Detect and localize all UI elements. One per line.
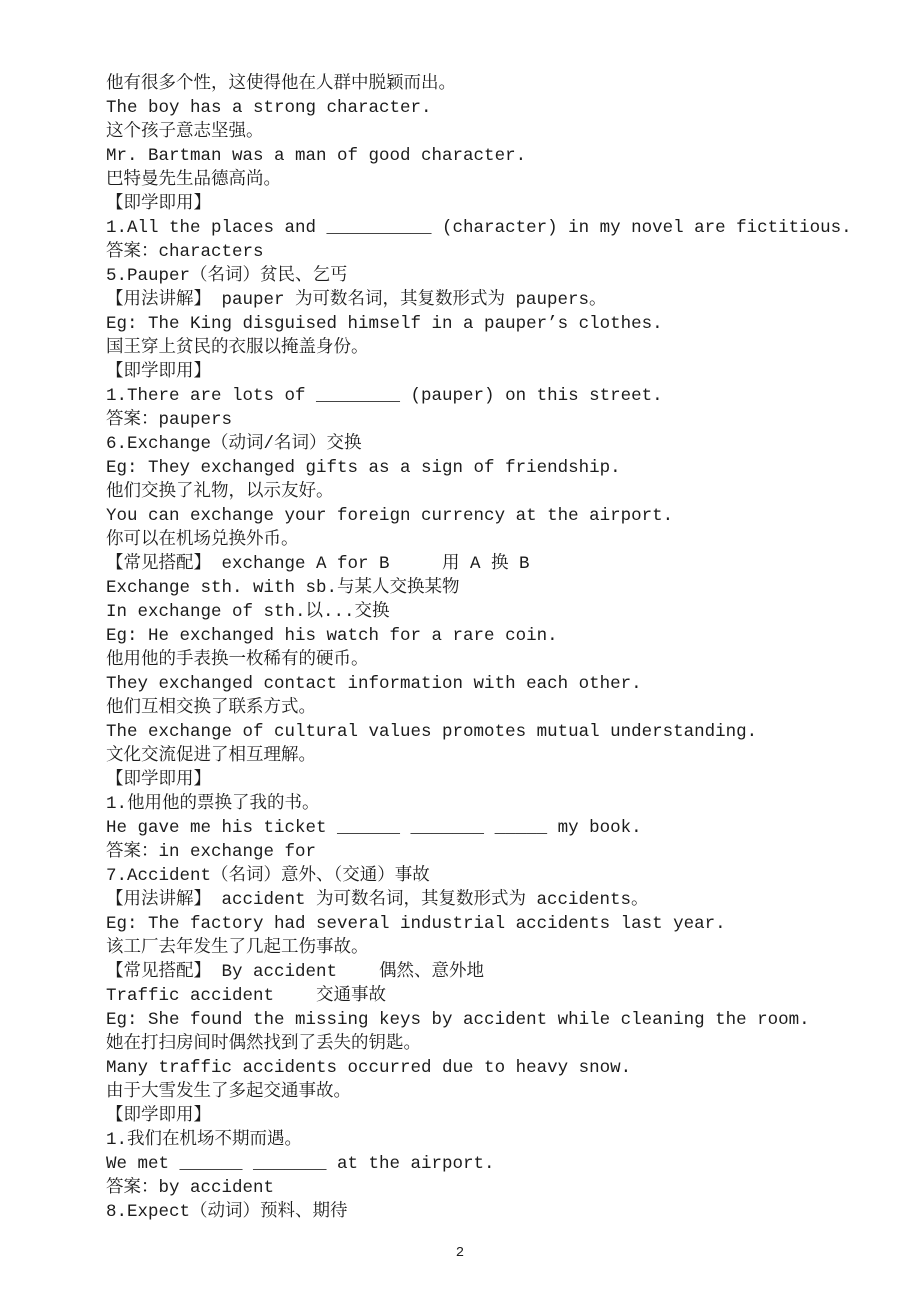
text-line: 由于大雪发生了多起交通事故。 — [106, 1080, 880, 1104]
text-line: 这个孩子意志坚强。 — [106, 120, 880, 144]
text-line: 【即学即用】 — [106, 360, 880, 384]
text-line: 【即学即用】 — [106, 192, 880, 216]
text-line: 【常见搭配】 By accident 偶然、意外地 — [106, 960, 880, 984]
text-line: 他用他的手表换一枚稀有的硬币。 — [106, 648, 880, 672]
page-number: 2 — [0, 1243, 920, 1263]
text-line: He gave me his ticket ______ _______ ___… — [106, 816, 880, 840]
text-line: 【常见搭配】 exchange A for B 用 A 换 B — [106, 552, 880, 576]
text-line: 6.Exchange（动词/名词）交换 — [106, 432, 880, 456]
text-line: Traffic accident 交通事故 — [106, 984, 880, 1008]
text-line: 你可以在机场兑换外币。 — [106, 528, 880, 552]
text-line: 7.Accident（名词）意外、（交通）事故 — [106, 864, 880, 888]
text-line: 她在打扫房间时偶然找到了丢失的钥匙。 — [106, 1032, 880, 1056]
text-line: Eg: The King disguised himself in a paup… — [106, 312, 880, 336]
text-line: We met ______ _______ at the airport. — [106, 1152, 880, 1176]
text-line: 【用法讲解】 accident 为可数名词，其复数形式为 accidents。 — [106, 888, 880, 912]
text-line: In exchange of sth.以...交换 — [106, 600, 880, 624]
text-line: 他们交换了礼物，以示友好。 — [106, 480, 880, 504]
text-line: 5.Pauper（名词）贫民、乞丐 — [106, 264, 880, 288]
text-line: 他有很多个性，这使得他在人群中脱颖而出。 — [106, 72, 880, 96]
text-line: 【即学即用】 — [106, 1104, 880, 1128]
text-line: 国王穿上贫民的衣服以掩盖身份。 — [106, 336, 880, 360]
text-line: 文化交流促进了相互理解。 — [106, 744, 880, 768]
text-line: 答案：in exchange for — [106, 840, 880, 864]
text-line: 1.There are lots of ________ (pauper) on… — [106, 384, 880, 408]
text-line: 8.Expect（动词）预料、期待 — [106, 1200, 880, 1224]
text-line: Eg: The factory had several industrial a… — [106, 912, 880, 936]
text-line: They exchanged contact information with … — [106, 672, 880, 696]
text-lines: 他有很多个性，这使得他在人群中脱颖而出。The boy has a strong… — [106, 72, 880, 1224]
text-line: 答案：paupers — [106, 408, 880, 432]
text-line: Eg: She found the missing keys by accide… — [106, 1008, 880, 1032]
text-line: 答案：characters — [106, 240, 880, 264]
text-line: 1.他用他的票换了我的书。 — [106, 792, 880, 816]
text-line: You can exchange your foreign currency a… — [106, 504, 880, 528]
text-line: Eg: He exchanged his watch for a rare co… — [106, 624, 880, 648]
text-line: 【用法讲解】 pauper 为可数名词，其复数形式为 paupers。 — [106, 288, 880, 312]
text-line: Eg: They exchanged gifts as a sign of fr… — [106, 456, 880, 480]
text-line: Exchange sth. with sb.与某人交换某物 — [106, 576, 880, 600]
text-line: The exchange of cultural values promotes… — [106, 720, 880, 744]
text-line: 1.我们在机场不期而遇。 — [106, 1128, 880, 1152]
text-line: 他们互相交换了联系方式。 — [106, 696, 880, 720]
document-page: 他有很多个性，这使得他在人群中脱颖而出。The boy has a strong… — [0, 0, 920, 1302]
text-line: Mr. Bartman was a man of good character. — [106, 144, 880, 168]
text-line: The boy has a strong character. — [106, 96, 880, 120]
text-line: 答案：by accident — [106, 1176, 880, 1200]
text-line: Many traffic accidents occurred due to h… — [106, 1056, 880, 1080]
text-line: 【即学即用】 — [106, 768, 880, 792]
text-line: 该工厂去年发生了几起工伤事故。 — [106, 936, 880, 960]
text-line: 1.All the places and __________ (charact… — [106, 216, 880, 240]
text-line: 巴特曼先生品德高尚。 — [106, 168, 880, 192]
